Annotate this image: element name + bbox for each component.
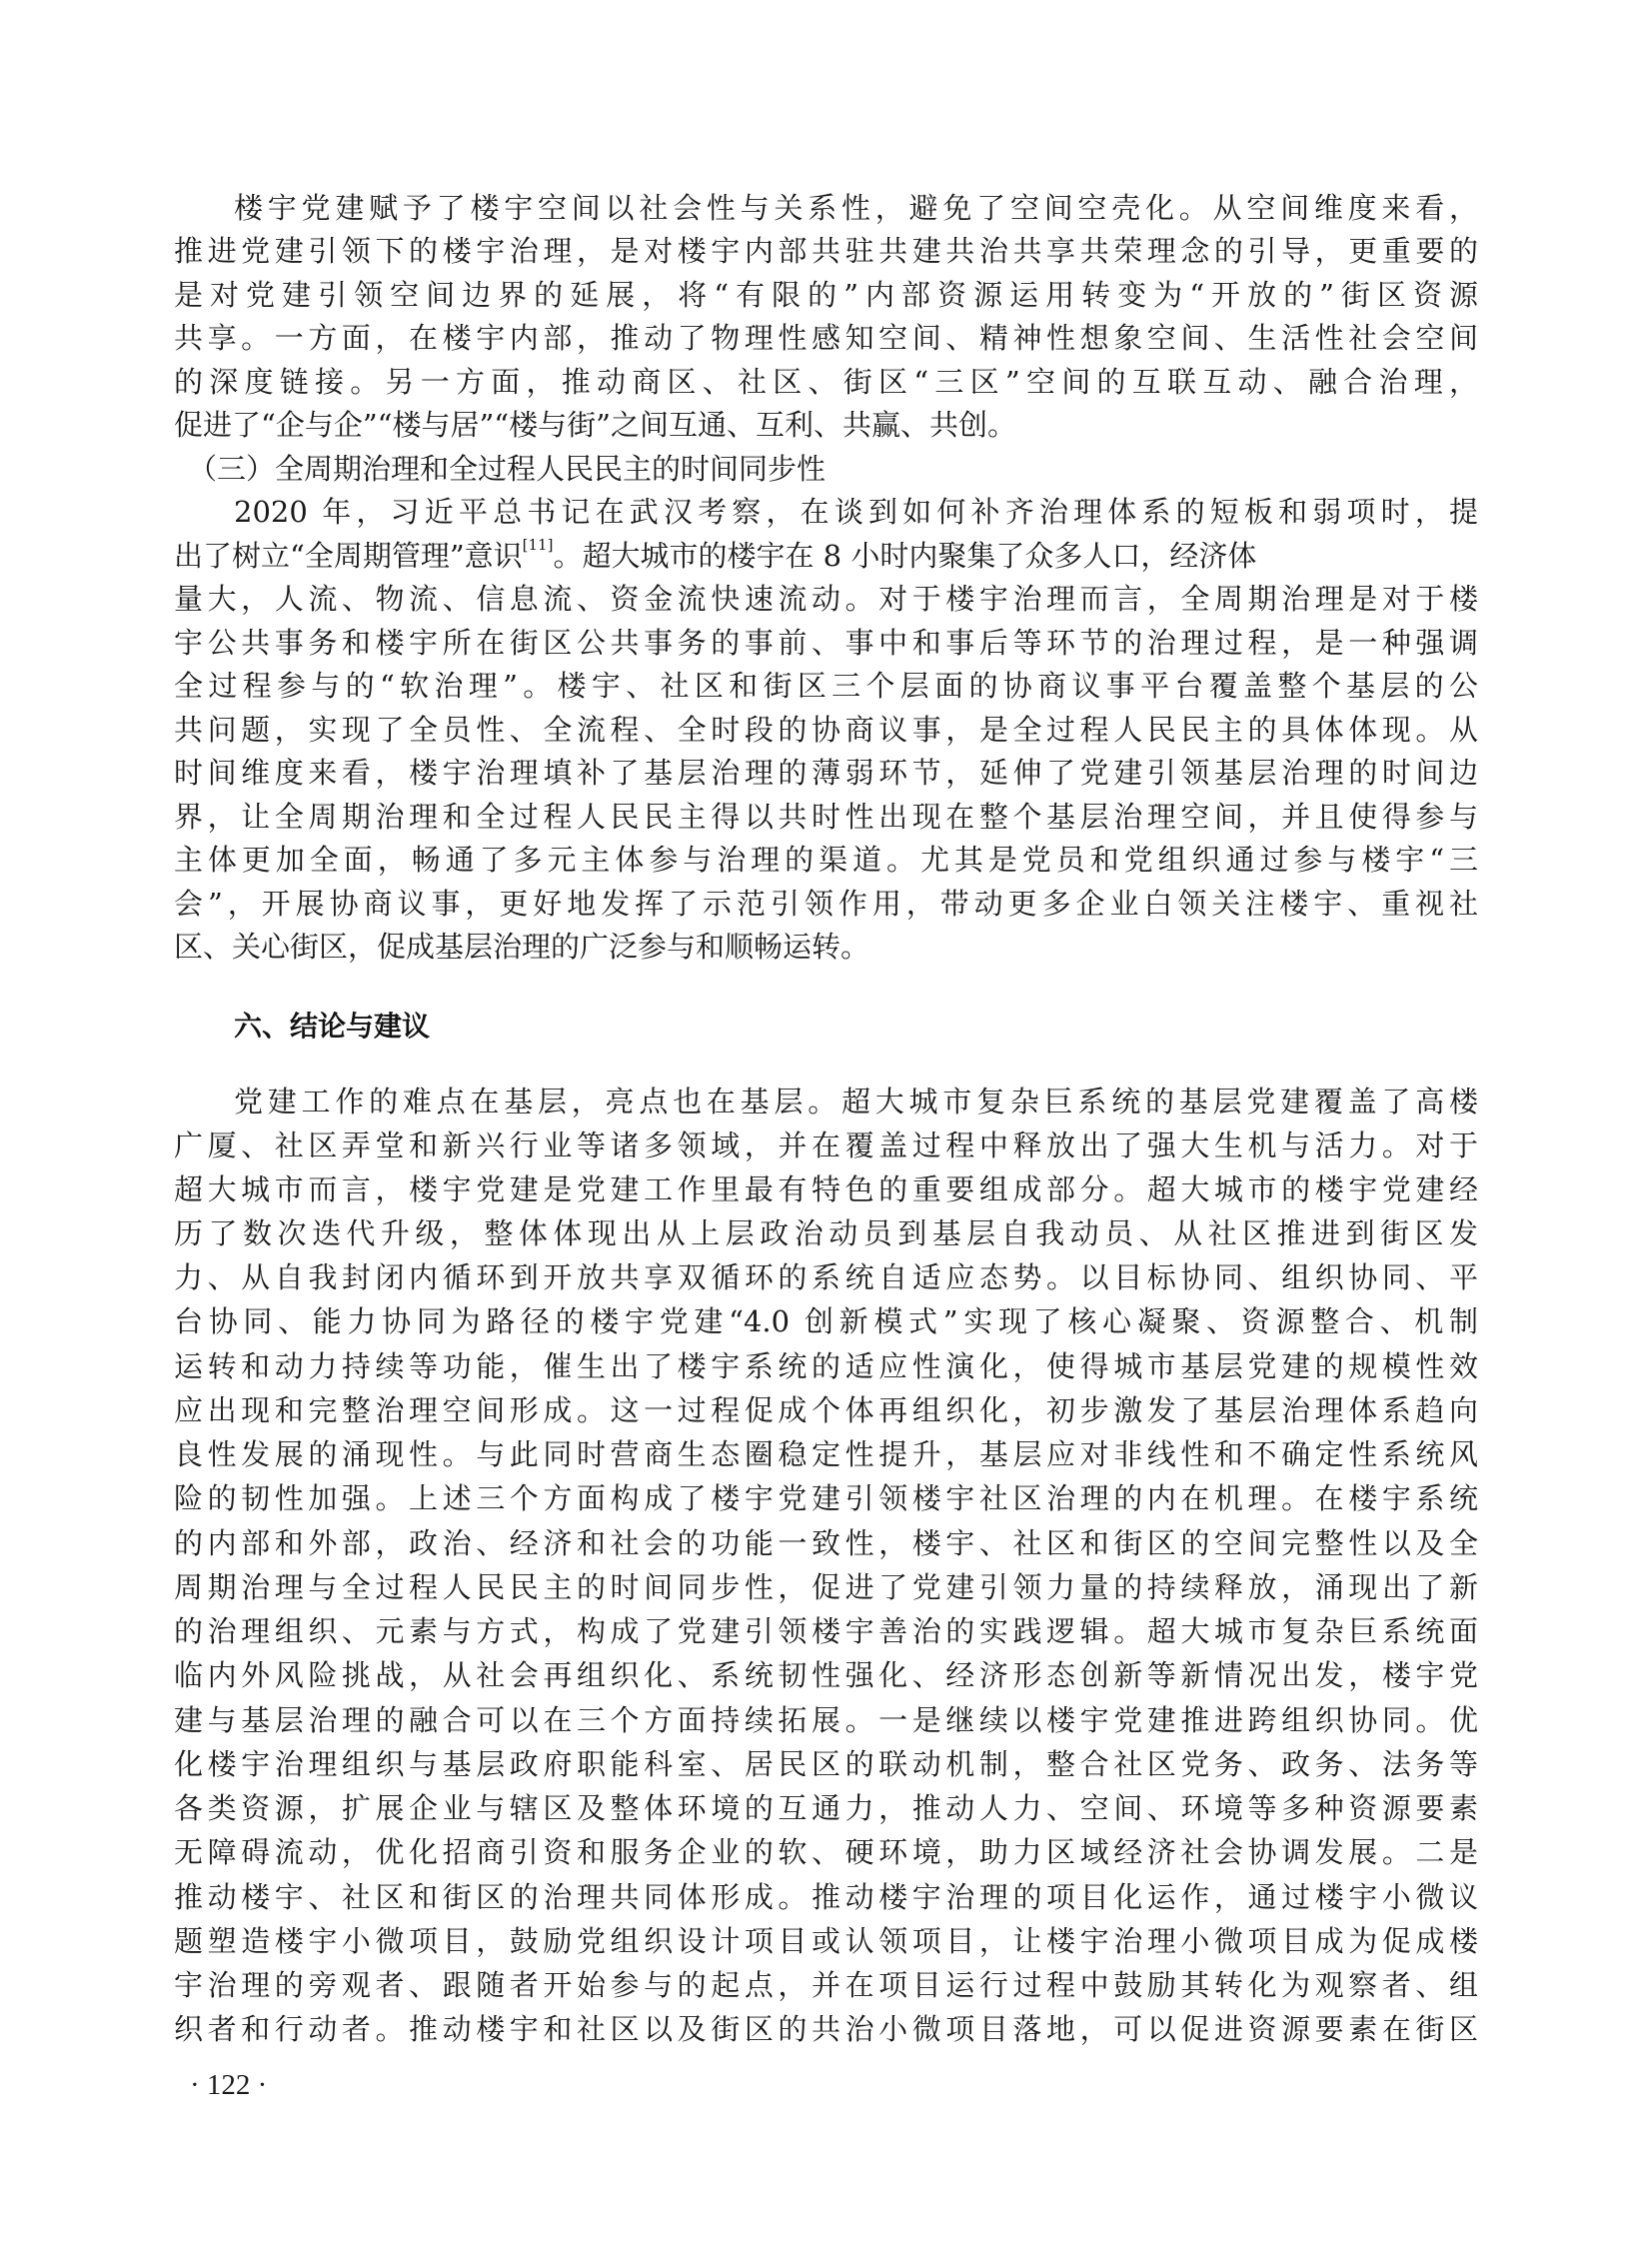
text-line: 周期治理与全过程人民民主的时间同步性，促进了党建引领力量的持续释放，涌现出了新 [174, 1565, 1478, 1609]
text-line: 的内部和外部，政治、经济和社会的功能一致性，楼宇、社区和街区的空间完整性以及全 [174, 1521, 1478, 1565]
citation-marker[interactable]: [11] [523, 536, 554, 554]
text-line: 险的韧性加强。上述三个方面构成了楼宇党建引领楼宇社区治理的内在机理。在楼宇系统 [174, 1476, 1478, 1520]
text-before-citation: 出了树立“全周期管理”意识 [174, 539, 523, 573]
text-line: 全过程参与的“软治理”。楼宇、社区和街区三个层面的协商议事平台覆盖整个基层的公 [174, 664, 1478, 708]
text-line: 共问题，实现了全员性、全流程、全时段的协商议事，是全过程人民民主的具体体现。从 [174, 708, 1478, 752]
text-line: 量大，人流、物流、信息流、资金流快速流动。对于楼宇治理而言，全周期治理是对于楼 [174, 577, 1478, 621]
text-line: 推进党建引领下的楼宇治理，是对楼宇内部共驻共建共治共享共荣理念的引导，更重要的 [174, 229, 1478, 273]
text-line: 运转和动力持续等功能，催生出了楼宇系统的适应性演化，使得城市基层党建的规模性效 [174, 1344, 1478, 1388]
text-line: 主体更加全面，畅通了多元主体参与治理的渠道。尤其是党员和党组织通过参与楼宇“三 [174, 838, 1478, 882]
text-line: 建与基层治理的融合可以在三个方面持续拓展。一是继续以楼宇党建推进跨组织协同。优 [174, 1698, 1478, 1742]
text-line: 台协同、能力协同为路径的楼宇党建“4.0 创新模式”实现了核心凝聚、资源整合、机… [174, 1299, 1478, 1343]
text-line: 临内外风险挑战，从社会再组织化、系统韧性强化、经济形态创新等新情况出发，楼宇党 [174, 1653, 1478, 1697]
text-line: 时间维度来看，楼宇治理填补了基层治理的薄弱环节，延伸了党建引领基层治理的时间边 [174, 751, 1478, 795]
text-line: 的治理组织、元素与方式，构成了党建引领楼宇善治的实践逻辑。超大城市复杂巨系统面 [174, 1609, 1478, 1653]
text-line: 的深度链接。另一方面，推动商区、社区、街区“三区”空间的互联互动、融合治理， [174, 360, 1478, 404]
text-line: 织者和行动者。推动楼宇和社区以及街区的共治小微项目落地，可以促进资源要素在街区 [174, 2007, 1478, 2051]
text-after-citation: 。超大城市的楼宇在 8 小时内聚集了众多人口，经济体 [553, 539, 1256, 573]
text-line: 无障碍流动，优化招商引资和服务企业的软、硬环境，助力区域经济社会协调发展。二是 [174, 1830, 1478, 1874]
text-line: 楼宇党建赋予了楼宇空间以社会性与关系性，避免了空间空壳化。从空间维度来看， [174, 186, 1478, 230]
text-line: 推动楼宇、社区和街区的治理共同体形成。推动楼宇治理的项目化运作，通过楼宇小微议 [174, 1875, 1478, 1919]
section-heading: 六、结论与建议 [234, 1005, 430, 1049]
text-segment: 出了树立“全周期管理”意识[11]。超大城市的楼宇在 8 小时内聚集了众多人口，… [174, 534, 1256, 578]
text-line: 区、关心街区，促成基层治理的广泛参与和顺畅运转。 [174, 925, 1478, 969]
text-line: 化楼宇治理组织与基层政府职能科室、居民区的联动机制，整合社区党务、政务、法务等 [174, 1742, 1478, 1786]
text-line: 宇治理的旁观者、跟随者开始参与的起点，并在项目运行过程中鼓励其转化为观察者、组 [174, 1963, 1478, 2007]
text-line: 题塑造楼宇小微项目，鼓励党组织设计项目或认领项目，让楼宇治理小微项目成为促成楼 [174, 1919, 1478, 1963]
text-line: 良性发展的涌现性。与此同时营商生态圈稳定性提升，基层应对非线性和不确定性系统风 [174, 1432, 1478, 1476]
text-line: 超大城市而言，楼宇党建是党建工作里最有特色的重要组成部分。超大城市的楼宇党建经 [174, 1167, 1478, 1211]
text-line: 共享。一方面，在楼宇内部，推动了物理性感知空间、精神性想象空间、生活性社会空间 [174, 316, 1478, 360]
section-subheading: （三）全周期治理和全过程人民民主的时间同步性 [188, 447, 826, 491]
text-line-with-citation: 出了树立“全周期管理”意识[11]。超大城市的楼宇在 8 小时内聚集了众多人口，… [174, 534, 1478, 578]
text-line: 应出现和完整治理空间形成。这一过程促成个体再组织化，初步激发了基层治理体系趋向 [174, 1388, 1478, 1432]
text-line: 会”，开展协商议事，更好地发挥了示范引领作用，带动更多企业白领关注楼宇、重视社 [174, 882, 1478, 926]
text-line: 宇公共事务和楼宇所在街区公共事务的事前、事中和事后等环节的治理过程，是一种强调 [174, 621, 1478, 665]
text-line: 2020 年，习近平总书记在武汉考察，在谈到如何补齐治理体系的短板和弱项时，提 [174, 490, 1478, 534]
text-line: 界，让全周期治理和全过程人民民主得以共时性出现在整个基层治理空间，并且使得参与 [174, 795, 1478, 839]
text-line: 促进了“企与企”“楼与居”“楼与街”之间互通、互利、共赢、共创。 [174, 403, 1478, 447]
text-line: 力、从自我封闭内循环到开放共享双循环的系统自适应态势。以目标协同、组织协同、平 [174, 1255, 1478, 1299]
text-line: 各类资源，扩展企业与辖区及整体环境的互通力，推动人力、空间、环境等多种资源要素 [174, 1786, 1478, 1830]
text-line: 历了数次迭代升级，整体体现出从上层政治动员到基层自我动员、从社区推进到街区发 [174, 1211, 1478, 1255]
page-number: · 122 · [190, 2069, 267, 2102]
text-line: 党建工作的难点在基层，亮点也在基层。超大城市复杂巨系统的基层党建覆盖了高楼 [174, 1080, 1478, 1123]
text-line: 广厦、社区弄堂和新兴行业等诸多领域，并在覆盖过程中释放出了强大生机与活力。对于 [174, 1123, 1478, 1167]
text-line: 是对党建引领空间边界的延展，将“有限的”内部资源运用转变为“开放的”街区资源 [174, 273, 1478, 317]
